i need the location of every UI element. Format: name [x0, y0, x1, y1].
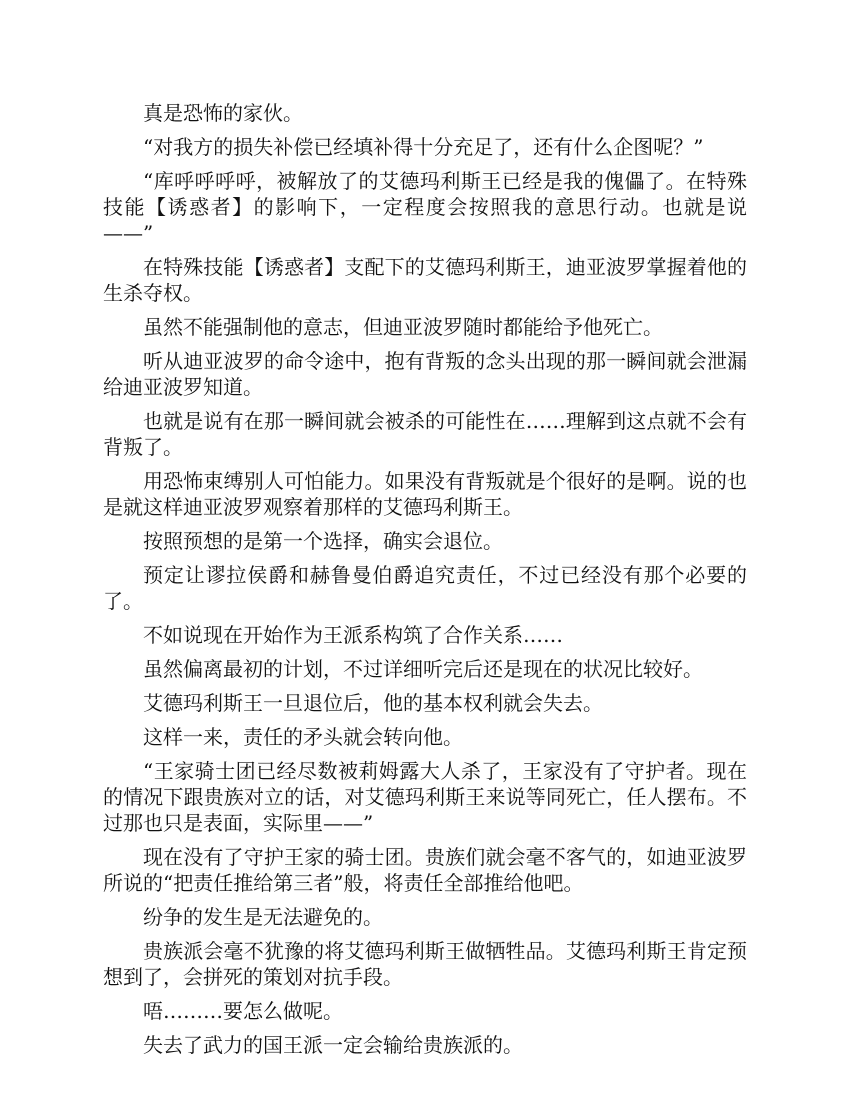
paragraph: 不如说现在开始作为王派系构筑了合作关系……	[103, 622, 747, 648]
paragraph: 唔………要怎么做呢。	[103, 998, 747, 1024]
paragraph: 也就是说有在那一瞬间就会被杀的可能性在……理解到这点就不会有背叛了。	[103, 408, 747, 460]
paragraph: 贵族派会毫不犹豫的将艾德玛利斯王做牺牲品。艾德玛利斯王肯定预想到了，会拼死的策划…	[103, 938, 747, 990]
paragraph: 纷争的发生是无法避免的。	[103, 904, 747, 930]
paragraph: 艾德玛利斯王一旦退位后，他的基本权利就会失去。	[103, 690, 747, 716]
paragraph: 按照预想的是第一个选择，确实会退位。	[103, 528, 747, 554]
paragraph: 这样一来，责任的矛头就会转向他。	[103, 724, 747, 750]
paragraph: 在特殊技能【诱惑者】支配下的艾德玛利斯王，迪亚波罗掌握着他的生杀夺权。	[103, 254, 747, 306]
paragraph: 用恐怖束缚别人可怕能力。如果没有背叛就是个很好的是啊。说的也是就这样迪亚波罗观察…	[103, 468, 747, 520]
paragraph: 虽然不能强制他的意志，但迪亚波罗随时都能给予他死亡。	[103, 314, 747, 340]
paragraph: 听从迪亚波罗的命令途中，抱有背叛的念头出现的那一瞬间就会泄漏给迪亚波罗知道。	[103, 348, 747, 400]
paragraph: “对我方的损失补偿已经填补得十分充足了，还有什么企图呢？”	[103, 134, 747, 160]
paragraph: 预定让谬拉侯爵和赫鲁曼伯爵追究责任，不过已经没有那个必要的了。	[103, 562, 747, 614]
paragraph: “王家骑士团已经尽数被莉姆露大人杀了，王家没有了守护者。现在的情况下跟贵族对立的…	[103, 758, 747, 836]
paragraph: 现在没有了守护王家的骑士团。贵族们就会毫不客气的，如迪亚波罗所说的“把责任推给第…	[103, 844, 747, 896]
paragraph: 失去了武力的国王派一定会输给贵族派的。	[103, 1032, 747, 1058]
paragraph: 真是恐怖的家伙。	[103, 100, 747, 126]
paragraph: “库呼呼呼呼，被解放了的艾德玛利斯王已经是我的傀儡了。在特殊技能【诱惑者】的影响…	[103, 168, 747, 246]
paragraph: 虽然偏离最初的计划，不过详细听完后还是现在的状况比较好。	[103, 656, 747, 682]
document-page: 真是恐怖的家伙。 “对我方的损失补偿已经填补得十分充足了，还有什么企图呢？” “…	[103, 100, 747, 1066]
